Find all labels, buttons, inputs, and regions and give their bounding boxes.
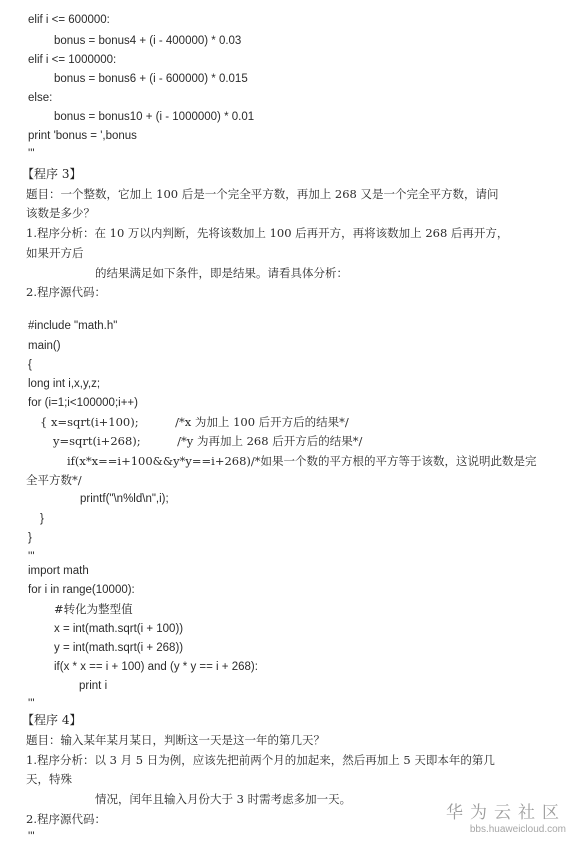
document-line: for i in range(10000): [28, 582, 135, 598]
watermark-url: bbs.huaweicloud.com [446, 824, 566, 835]
document-line: bonus = bonus6 + (i - 600000) * 0.015 [54, 71, 248, 87]
document-line: #include "math.h" [28, 318, 117, 334]
document-line: 题目：输入某年某月某日，判断这一天是这一年的第几天？ [26, 732, 325, 748]
document-line: ''' [28, 829, 35, 843]
document-line: } [40, 511, 44, 527]
document-line: if(x * x == i + 100) and (y * y == i + 2… [54, 659, 258, 675]
document-line: else: [28, 90, 52, 106]
watermark: 华为云社区 bbs.huaweicloud.com [446, 798, 566, 835]
document-line: 该数是多少？ [26, 205, 95, 221]
document-line: bonus = bonus10 + (i - 1000000) * 0.01 [54, 109, 254, 125]
document-line: bonus = bonus4 + (i - 400000) * 0.03 [54, 33, 241, 49]
document-line: ''' [28, 696, 35, 712]
document-line: 2.程序源代码： [26, 811, 106, 827]
document-line: 情况，闰年且输入月份大于 3 时需考虑多加一天。 [95, 791, 351, 807]
document-line: for (i=1;i<100000;i++) [28, 395, 138, 411]
watermark-title: 华为云社区 [446, 798, 566, 823]
document-page: elif i <= 600000:bonus = bonus4 + (i - 4… [0, 0, 578, 843]
document-line: x = int(math.sqrt(i + 100)) [54, 621, 183, 637]
document-line: ''' [28, 146, 35, 162]
document-line: import math [28, 563, 89, 579]
document-line: 【程序 4】 [22, 712, 81, 728]
document-line: 天，特殊 [26, 771, 72, 787]
document-line: 【程序 3】 [22, 166, 81, 182]
document-line: 2.程序源代码： [26, 284, 106, 300]
document-line: printf("\n%ld\n",i); [80, 491, 169, 507]
document-line: 1.程序分析：以 3 月 5 日为例，应该先把前两个月的加起来，然后再加上 5 … [26, 752, 495, 768]
document-line: 如果开方后 [26, 245, 84, 261]
document-line: elif i <= 600000: [28, 12, 110, 28]
document-line: print 'bonus = ',bonus [28, 128, 137, 144]
document-line: 全平方数*/ [26, 472, 82, 488]
document-line: main() [28, 338, 61, 354]
document-line: 1.程序分析：在 10 万以内判断，先将该数加上 100 后再开方，再将该数加上… [26, 225, 508, 241]
document-line: y=sqrt(i+268); /*y 为再加上 268 后开方后的结果*/ [53, 433, 362, 449]
document-line: #转化为整型值 [54, 601, 133, 617]
document-line: y = int(math.sqrt(i + 268)) [54, 640, 183, 656]
document-line: if(x*x==i+100&&y*y==i+268)/*如果一个数的平方根的平方… [67, 453, 537, 469]
document-line: elif i <= 1000000: [28, 52, 116, 68]
document-line: print i [79, 678, 107, 694]
document-line: { x=sqrt(i+100); /*x 为加上 100 后开方后的结果*/ [40, 414, 349, 430]
document-line: long int i,x,y,z; [28, 376, 100, 392]
document-line: 的结果满足如下条件，即是结果。请看具体分析： [95, 265, 348, 281]
document-line: { [28, 357, 32, 373]
document-line: 题目：一个整数，它加上 100 后是一个完全平方数，再加上 268 又是一个完全… [26, 186, 499, 202]
document-line: } [28, 530, 32, 546]
